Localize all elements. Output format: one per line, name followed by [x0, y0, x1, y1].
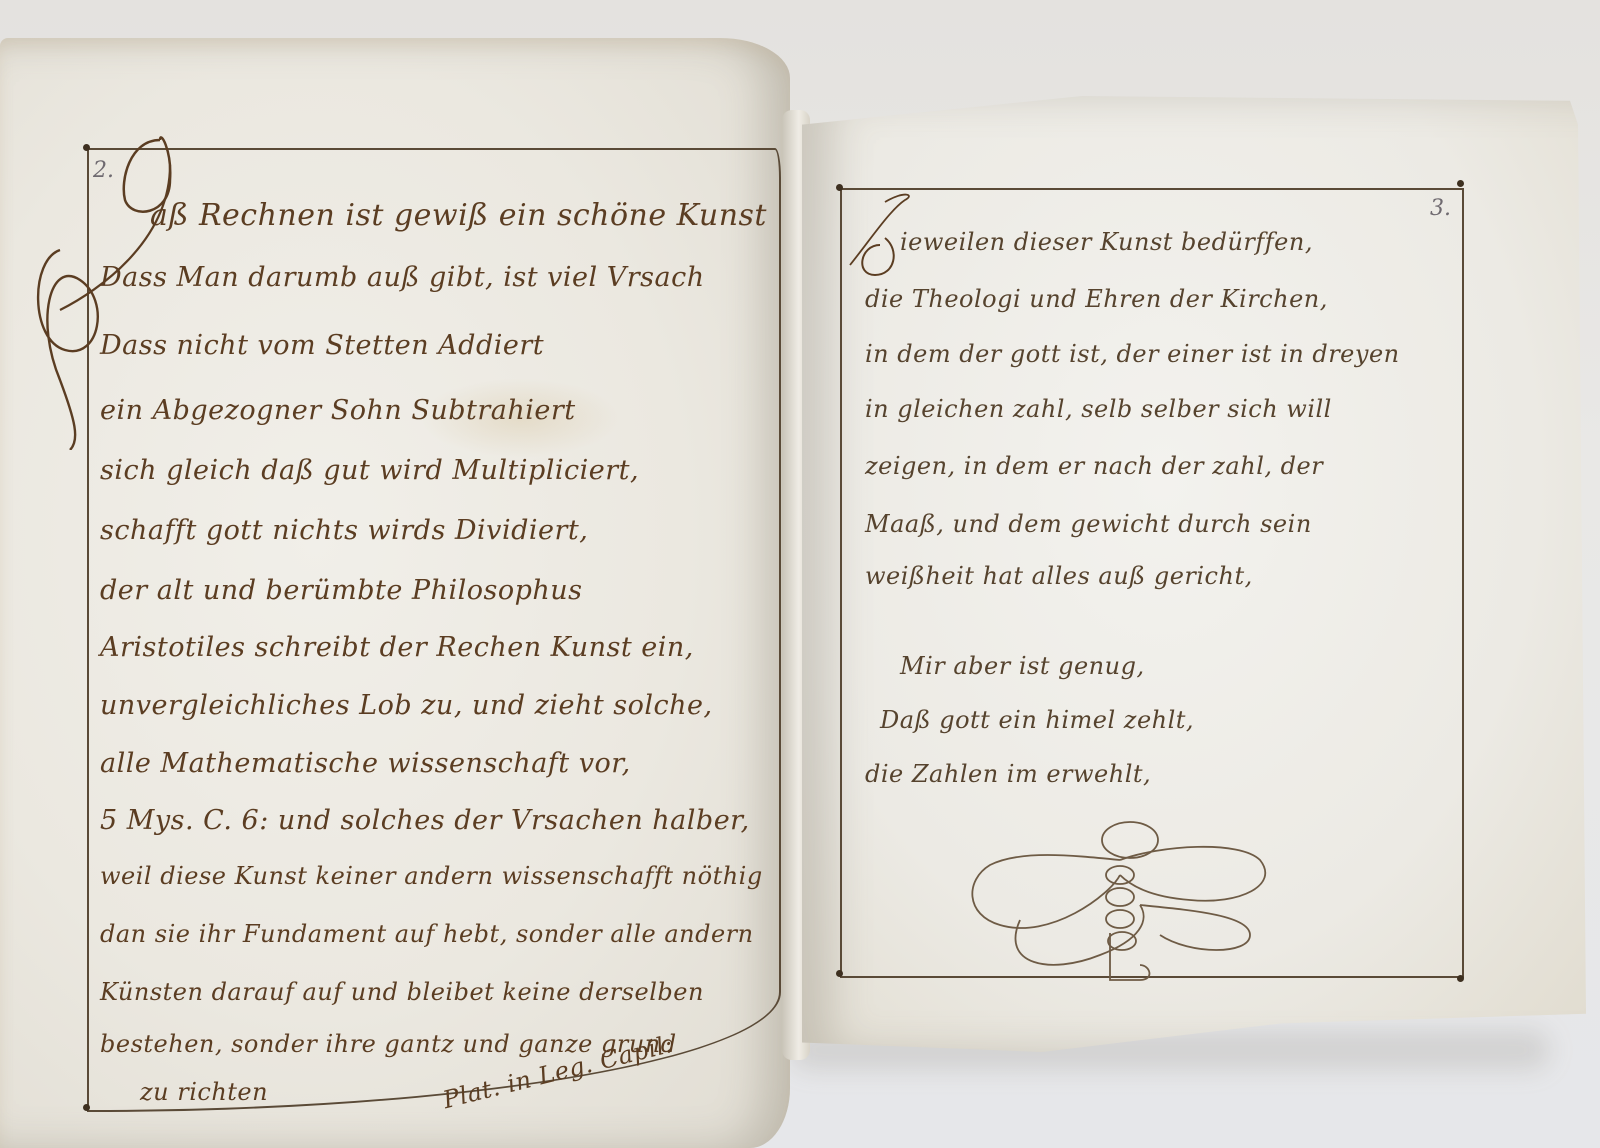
frame-corner-dot: [83, 1104, 90, 1111]
text-line: zu richten: [140, 1078, 268, 1106]
text-line: die Theologi und Ehren der Kirchen,: [865, 285, 1328, 313]
verse-line: Mir aber ist genug,: [900, 652, 1145, 680]
text-line: dan sie ihr Fundament auf hebt, sonder a…: [100, 920, 754, 948]
text-line: zeigen, in dem er nach der zahl, der: [865, 452, 1323, 480]
text-line: der alt und berümbte Philosophus: [100, 575, 583, 606]
text-line: alle Mathematische wissenschaft vor,: [100, 748, 631, 779]
frame-corner-dot: [836, 970, 843, 977]
text-line: Dass nicht vom Stetten Addiert: [100, 330, 544, 361]
text-line: Aristotiles schreibt der Rechen Kunst ei…: [100, 632, 694, 663]
text-line: sich gleich daß gut wird Multipliciert,: [100, 455, 639, 486]
frame-corner-dot: [1457, 180, 1464, 187]
text-line: Dass Man darumb auß gibt, ist viel Vrsac…: [100, 262, 705, 293]
text-line: Maaß, und dem gewicht durch sein: [865, 510, 1312, 538]
text-line: ein Abgezogner Sohn Subtrahiert: [100, 395, 576, 426]
frame-corner-dot: [1457, 975, 1464, 982]
text-line: unvergleichliches Lob zu, und zieht solc…: [100, 690, 713, 721]
text-line: in gleichen zahl, selb selber sich will: [865, 395, 1332, 423]
text-line: 5 Mys. C. 6: und solches der Vrsachen ha…: [100, 805, 750, 836]
text-line: weil diese Kunst keiner andern wissensch…: [100, 862, 763, 890]
text-line: aß Rechnen ist gewiß ein schöne Kunst: [150, 198, 767, 233]
text-line: ieweilen dieser Kunst bedürffen,: [900, 228, 1313, 256]
text-line: schafft gott nichts wirds Dividiert,: [100, 515, 588, 546]
text-line: Künsten darauf auf und bleibet keine der…: [100, 978, 704, 1006]
text-line: in dem der gott ist, der einer ist in dr…: [865, 340, 1400, 368]
calligraphic-flourish-icon: [960, 815, 1280, 985]
verse-line: die Zahlen im erwehlt,: [865, 760, 1151, 788]
verse-line: Daß gott ein himel zehlt,: [880, 706, 1194, 734]
page-number-right: 3.: [1430, 196, 1451, 221]
text-line: weißheit hat alles auß gericht,: [865, 562, 1253, 590]
